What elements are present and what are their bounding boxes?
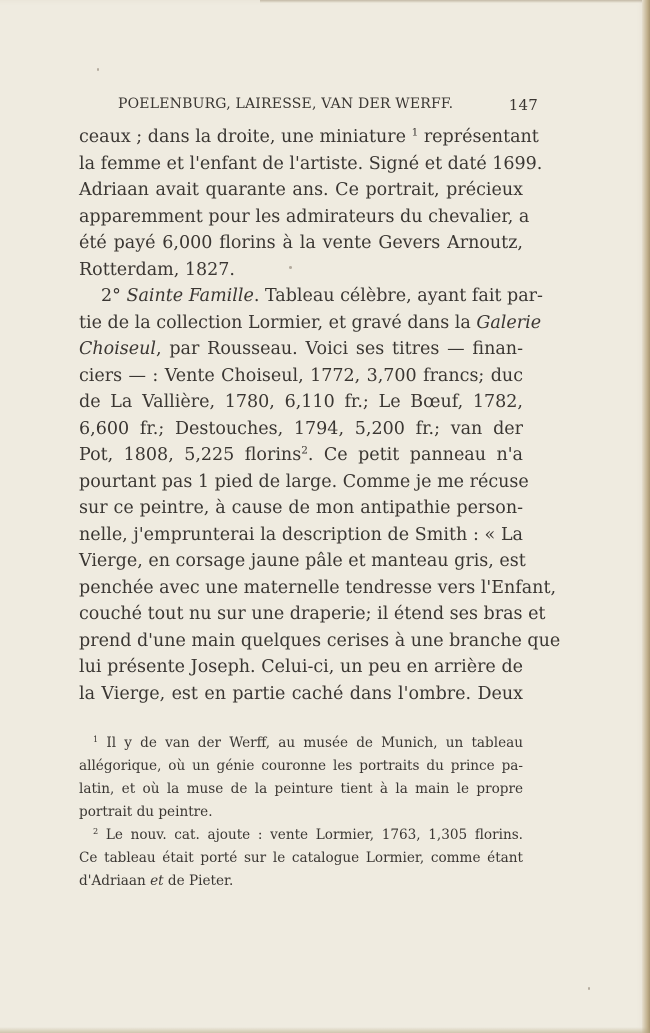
italic-text: Galerie [476, 313, 541, 333]
body-line: penchée avec une maternelle tendresse ve… [79, 575, 523, 602]
body-line: ciers — : Vente Choiseul, 1772, 3,700 fr… [79, 363, 523, 390]
footnote-line: allégorique, où un génie couronne les po… [79, 755, 523, 778]
body-line: lui présente Joseph. Celui-ci, un peu en… [79, 654, 523, 681]
footnote-1: 1 Il y de van der Werff, au musée de Mun… [79, 732, 523, 755]
body-line: Rotterdam, 1827. [79, 257, 523, 284]
body-line: Vierge, en corsage jaune pâle et manteau… [79, 548, 523, 575]
page-bottom-edge [0, 1027, 650, 1033]
italic-text: Choiseul [79, 339, 156, 359]
page-top-edge [260, 0, 650, 3]
body-line: Choiseul, par Rousseau. Voici ses titres… [79, 336, 523, 363]
footnote-line: portrait du peintre. [79, 801, 523, 824]
body-line: la Vierge, est en partie caché dans l'om… [79, 681, 523, 708]
body-line: sur ce peintre, à cause de mon antipathi… [79, 495, 523, 522]
italic-text: et [150, 873, 164, 889]
body-line: de La Vallière, 1780, 6,110 fr.; Le Bœuf… [79, 389, 523, 416]
text-span: , par Rousseau. Voici ses titres — finan… [156, 339, 523, 359]
footnotes: 1 Il y de van der Werff, au musée de Mun… [79, 732, 523, 893]
body-line: ceaux ; dans la droite, une miniature 1 … [79, 124, 523, 151]
body-line: la femme et l'enfant de l'artiste. Signé… [79, 151, 523, 178]
page-right-edge [642, 0, 650, 1033]
text-span: tie de la collection Lormier, et gravé d… [79, 313, 476, 333]
footnote-line: latin, et où la muse de la peinture tien… [79, 778, 523, 801]
running-head-title: POELENBURG, LAIRESSE, VAN DER WERFF. [118, 96, 453, 114]
text-span: . Tableau célèbre, ayant fait par- [254, 286, 543, 306]
text-span: Il y de van der Werff, au musée de Munic… [98, 735, 523, 751]
text-span: Le nouv. cat. ajoute : vente Lormier, 17… [98, 827, 523, 843]
footnote-ref-2[interactable]: 2 [301, 445, 308, 457]
body-line: apparemment pour les admirateurs du chev… [79, 204, 523, 231]
running-head: POELENBURG, LAIRESSE, VAN DER WERFF. 147 [118, 96, 538, 114]
text-span: d'Adriaan [79, 873, 150, 889]
text-span: Pot, 1808, 5,225 florins [79, 445, 301, 465]
section-number: 2° [101, 286, 126, 306]
body-line: 2° Sainte Famille. Tableau célèbre, ayan… [79, 283, 523, 310]
body-line: été payé 6,000 florins à la vente Gevers… [79, 230, 523, 257]
body-line: tie de la collection Lormier, et gravé d… [79, 310, 523, 337]
paper-speck [97, 68, 99, 71]
body-line: Adriaan avait quarante ans. Ce portrait,… [79, 177, 523, 204]
footnote-2: 2 Le nouv. cat. ajoute : vente Lormier, … [79, 824, 523, 847]
body-line: nelle, j'emprunterai la description de S… [79, 522, 523, 549]
paper-speck [588, 987, 590, 990]
artwork-title: Sainte Famille [126, 286, 253, 306]
footnote-line: Ce tableau était porté sur le catalogue … [79, 847, 523, 870]
book-page: POELENBURG, LAIRESSE, VAN DER WERFF. 147… [0, 0, 650, 1033]
body-line: prend d'une main quelques cerises à une … [79, 628, 523, 655]
body-text: ceaux ; dans la droite, une miniature 1 … [79, 124, 523, 707]
text-span: de Pieter. [164, 873, 234, 889]
body-line: 6,600 fr.; Destouches, 1794, 5,200 fr.; … [79, 416, 523, 443]
text-span: représentant [418, 127, 539, 147]
text-span: ceaux ; dans la droite, une miniature [79, 127, 412, 147]
page-number: 147 [509, 96, 538, 114]
text-span: . Ce petit panneau n'a [308, 445, 523, 465]
body-line: Pot, 1808, 5,225 florins2. Ce petit pann… [79, 442, 523, 469]
footnote-line: d'Adriaan et de Pieter. [79, 870, 523, 893]
body-line: couché tout nu sur une draperie; il éten… [79, 601, 523, 628]
body-line: pourtant pas 1 pied de large. Comme je m… [79, 469, 523, 496]
